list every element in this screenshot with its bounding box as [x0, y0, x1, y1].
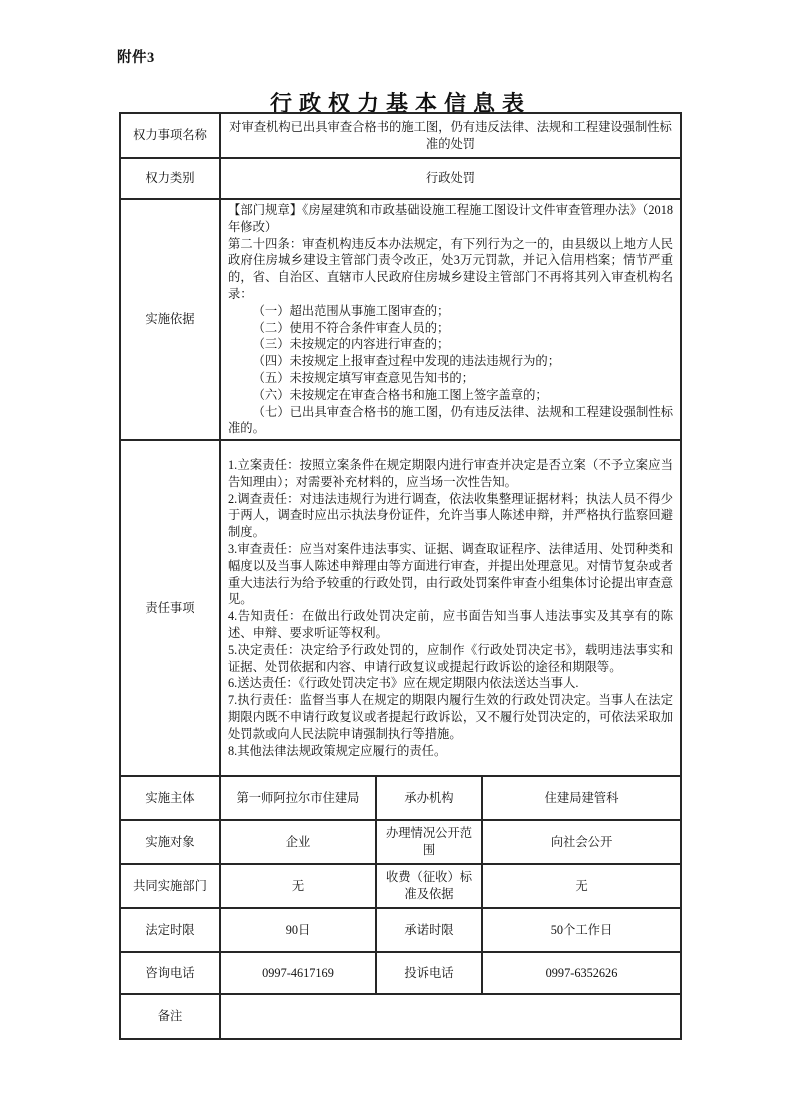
responsibility-item: 3.审查责任：应当对案件违法事实、证据、调查取证程序、法律适用、处罚种类和幅度以… [228, 541, 673, 608]
undertaking-org-label: 承办机构 [376, 776, 482, 820]
implementer-value: 第一师阿拉尔市住建局 [220, 776, 376, 820]
consultation-phone-label: 咨询电话 [120, 952, 220, 994]
complaint-phone-value: 0997-6352626 [482, 952, 681, 994]
power-item-name-value: 对审查机构已出具审查合格书的施工图，仍有违反法律、法规和工程建设强制性标准的处罚 [220, 113, 681, 158]
legal-text-paragraph: 【部门规章】《房屋建筑和市政基础设施工程施工图设计文件审查管理办法》（2018年… [228, 202, 673, 236]
joint-departments-label: 共同实施部门 [120, 864, 220, 908]
fee-standard-label: 收费（征收）标准及依据 [376, 864, 482, 908]
complaint-phone-label: 投诉电话 [376, 952, 482, 994]
legal-text-item: （一）超出范围从事施工图审查的； [228, 303, 673, 320]
table-row: 权力类别 行政处罚 [120, 158, 681, 199]
responsibilities-text: 1.立案责任：按照立案条件在规定期限内进行审查并决定是否立案（不予立案应当告知理… [220, 440, 681, 776]
responsibility-item: 7.执行责任：监督当事人在规定的期限内履行生效的行政处罚决定。当事人在法定期限内… [228, 692, 673, 742]
table-row: 法定时限 90日 承诺时限 50个工作日 [120, 908, 681, 952]
table-row: 备注 [120, 994, 681, 1039]
table-row: 实施主体 第一师阿拉尔市住建局 承办机构 住建局建管科 [120, 776, 681, 820]
responsibility-item: 8.其他法律法规政策规定应履行的责任。 [228, 743, 673, 760]
document-page: 附件3 行政权力基本信息表 权力事项名称 对审查机构已出具审查合格书的施工图，仍… [0, 0, 794, 1108]
admin-power-info-table: 权力事项名称 对审查机构已出具审查合格书的施工图，仍有违反法律、法规和工程建设强… [119, 112, 682, 1040]
remarks-label: 备注 [120, 994, 220, 1039]
target-value: 企业 [220, 820, 376, 864]
consultation-phone-value: 0997-4617169 [220, 952, 376, 994]
remarks-value [220, 994, 681, 1039]
target-label: 实施对象 [120, 820, 220, 864]
disclosure-scope-label: 办理情况公开范围 [376, 820, 482, 864]
legal-text-item: （三）未按规定的内容进行审查的； [228, 336, 673, 353]
implementation-basis-text: 【部门规章】《房屋建筑和市政基础设施工程施工图设计文件审查管理办法》（2018年… [220, 199, 681, 440]
legal-text-item: （六）未按规定在审查合格书和施工图上签字盖章的； [228, 387, 673, 404]
table-row: 责任事项 1.立案责任：按照立案条件在规定期限内进行审查并决定是否立案（不予立案… [120, 440, 681, 776]
undertaking-org-value: 住建局建管科 [482, 776, 681, 820]
legal-text-item: （二）使用不符合条件审查人员的； [228, 320, 673, 337]
legal-text-item: （五）未按规定填写审查意见告知书的； [228, 370, 673, 387]
implementation-basis-label: 实施依据 [120, 199, 220, 440]
statutory-time-limit-value: 90日 [220, 908, 376, 952]
table-row: 实施依据 【部门规章】《房屋建筑和市政基础设施工程施工图设计文件审查管理办法》（… [120, 199, 681, 440]
legal-text-paragraph: 第二十四条：审查机构违反本办法规定，有下列行为之一的，由县级以上地方人民政府住房… [228, 236, 673, 303]
legal-text-item: （七）已出具审查合格书的施工图，仍有违反法律、法规和工程建设强制性标准的。 [228, 404, 673, 438]
table-row: 权力事项名称 对审查机构已出具审查合格书的施工图，仍有违反法律、法规和工程建设强… [120, 113, 681, 158]
power-item-name-label: 权力事项名称 [120, 113, 220, 158]
promised-time-limit-label: 承诺时限 [376, 908, 482, 952]
joint-departments-value: 无 [220, 864, 376, 908]
table-row: 共同实施部门 无 收费（征收）标准及依据 无 [120, 864, 681, 908]
fee-standard-value: 无 [482, 864, 681, 908]
implementer-label: 实施主体 [120, 776, 220, 820]
power-category-label: 权力类别 [120, 158, 220, 199]
attachment-label: 附件3 [117, 46, 155, 67]
disclosure-scope-value: 向社会公开 [482, 820, 681, 864]
power-category-value: 行政处罚 [220, 158, 681, 199]
table-row: 咨询电话 0997-4617169 投诉电话 0997-6352626 [120, 952, 681, 994]
responsibility-item: 2.调查责任：对违法违规行为进行调查，依法收集整理证据材料；执法人员不得少于两人… [228, 491, 673, 541]
responsibility-item: 4.告知责任：在做出行政处罚决定前，应书面告知当事人违法事实及其享有的陈述、申辩… [228, 608, 673, 642]
statutory-time-limit-label: 法定时限 [120, 908, 220, 952]
responsibilities-label: 责任事项 [120, 440, 220, 776]
table-row: 实施对象 企业 办理情况公开范围 向社会公开 [120, 820, 681, 864]
promised-time-limit-value: 50个工作日 [482, 908, 681, 952]
responsibility-item: 5.决定责任：决定给予行政处罚的，应制作《行政处罚决定书》，载明违法事实和证据、… [228, 642, 673, 676]
responsibility-item: 1.立案责任：按照立案条件在规定期限内进行审查并决定是否立案（不予立案应当告知理… [228, 457, 673, 491]
legal-text-item: （四）未按规定上报审查过程中发现的违法违规行为的； [228, 353, 673, 370]
responsibility-item: 6.送达责任：《行政处罚决定书》应在规定期限内依法送达当事人. [228, 675, 673, 692]
